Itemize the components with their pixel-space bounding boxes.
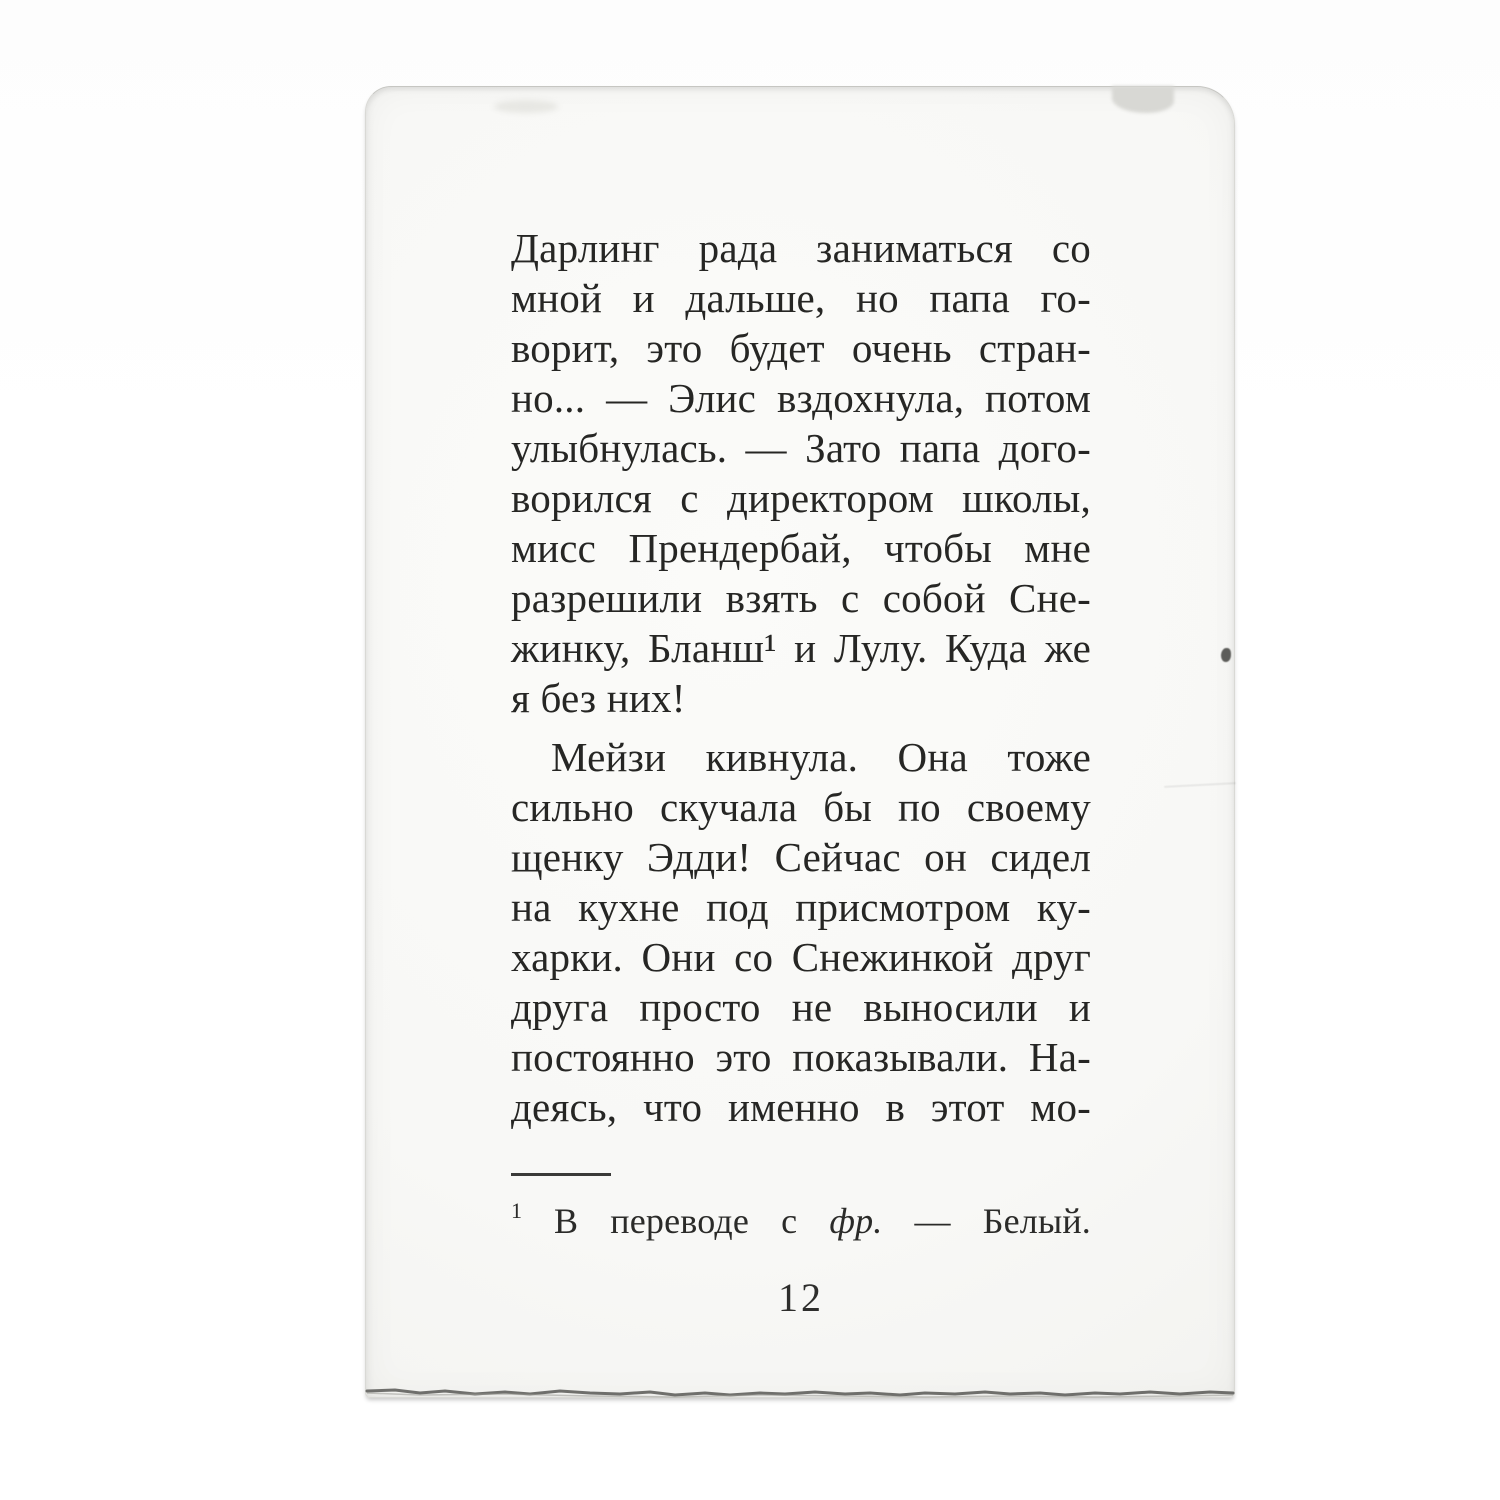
text-line: жинку, Бланш¹ и Лулу. Куда же <box>511 623 1091 673</box>
paragraph-2: Мейзи кивнула. Она тоже сильно скучала б… <box>511 732 1091 1132</box>
text-line: разрешили взять с собой Сне- <box>511 573 1091 623</box>
footnote: 1 В переводе с фр. — Белый. <box>511 1188 1091 1244</box>
footnote-text-end: — Белый. <box>882 1201 1091 1241</box>
paper-stain-top-right <box>1112 86 1174 113</box>
text-line: я без них! <box>511 673 1091 723</box>
text-line: на кухне под присмотром ку- <box>511 882 1091 932</box>
footnote-text: В переводе с <box>522 1201 829 1241</box>
footnote-marker: 1 <box>511 1198 522 1223</box>
text-line: Дарлинг рада заниматься со <box>511 223 1091 273</box>
footnote-italic-abbr: фр. <box>829 1201 882 1241</box>
footnote-rule <box>511 1173 611 1176</box>
torn-bottom-edge <box>365 1385 1235 1401</box>
paper-crease <box>1164 782 1236 788</box>
paper-smudge-top-left <box>494 100 558 113</box>
book-page: Дарлинг рада заниматься со мной и дальше… <box>365 86 1235 1398</box>
text-line: харки. Они со Снежинкой друг <box>511 932 1091 982</box>
text-line: сильно скучала бы по своему <box>511 782 1091 832</box>
text-line: деясь, что именно в этот мо- <box>511 1082 1091 1132</box>
text-line: улыбнулась. — Зато папа дого- <box>511 423 1091 473</box>
scan-background: Дарлинг рада заниматься со мной и дальше… <box>0 0 1500 1500</box>
page-number: 12 <box>511 1275 1091 1321</box>
text-line: Мейзи кивнула. Она тоже <box>511 732 1091 782</box>
page-text: Дарлинг рада заниматься со мной и дальше… <box>511 223 1091 1132</box>
text-line: ворился с директором школы, <box>511 473 1091 523</box>
text-line: мисс Прендербай, чтобы мне <box>511 523 1091 573</box>
ink-spot-right-edge <box>1221 648 1231 662</box>
paragraph-1: Дарлинг рада заниматься со мной и дальше… <box>511 223 1091 723</box>
text-line: друга просто не выносили и <box>511 982 1091 1032</box>
text-line: постоянно это показывали. На- <box>511 1032 1091 1082</box>
text-line: но... — Элис вздохнула, потом <box>511 373 1091 423</box>
text-line: мной и дальше, но папа го- <box>511 273 1091 323</box>
text-line: щенку Эдди! Сейчас он сидел <box>511 832 1091 882</box>
text-line: ворит, это будет очень стран- <box>511 323 1091 373</box>
